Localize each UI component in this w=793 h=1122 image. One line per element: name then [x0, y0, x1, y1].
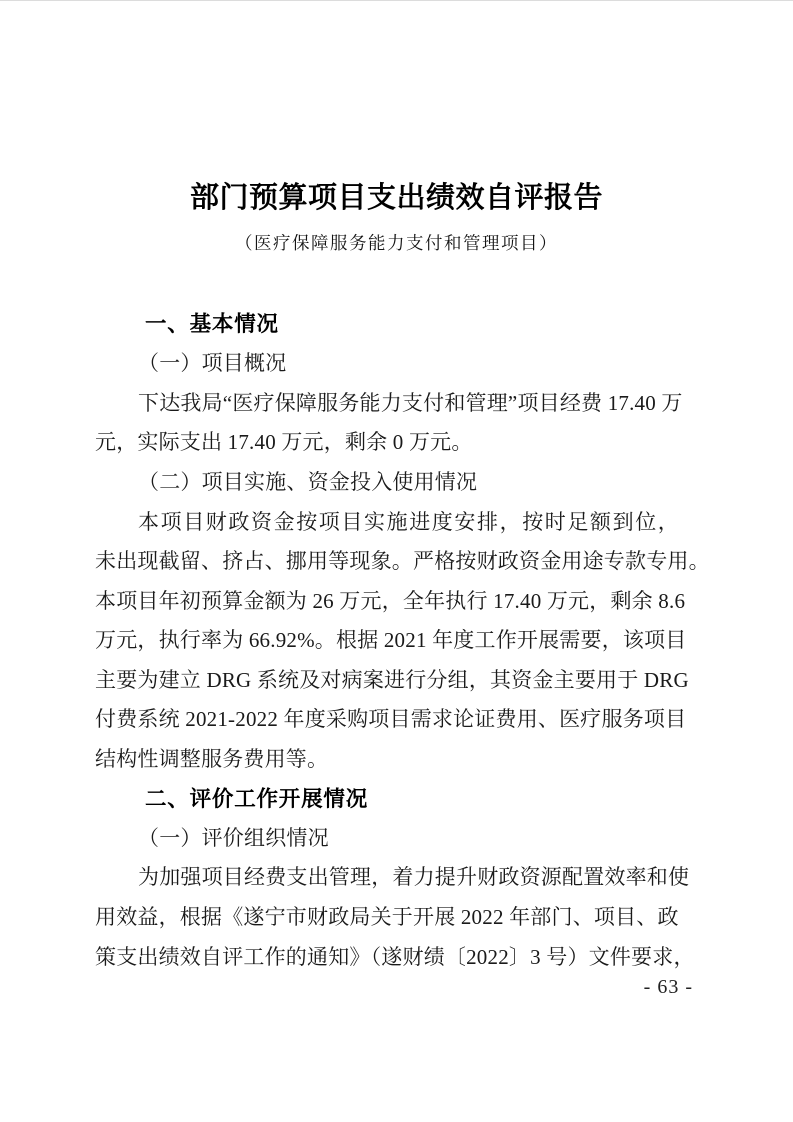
paragraph-line: 主要为建立 DRG 系统及对病案进行分组，其资金主要用于 DRG [95, 659, 701, 699]
scan-top-edge [0, 0, 793, 1]
paragraph-line: 结构性调整服务费用等。 [95, 738, 701, 778]
paragraph-line: 万元，执行率为 66.92%。根据 2021 年度工作开展需要，该项目 [95, 619, 701, 659]
section-heading-basic-info: 一、基本情况 [95, 303, 701, 343]
paragraph-line: 付费系统 2021-2022 年度采购项目需求论证费用、医疗服务项目 [95, 698, 701, 738]
paragraph-line: 未出现截留、挤占、挪用等现象。严格按财政资金用途专款专用。 [95, 540, 701, 580]
paragraph-line: 为加强项目经费支出管理，着力提升财政资源配置效率和使 [95, 857, 701, 897]
document-page: 部门预算项目支出绩效自评报告 （医疗保障服务能力支付和管理项目） 一、基本情况 … [0, 0, 793, 1122]
paragraph-line: 策支出绩效自评工作的通知》（遂财绩〔2022〕3 号）文件要求， [95, 936, 701, 976]
subsection-implementation-funding: （二）项目实施、资金投入使用情况 [95, 461, 701, 501]
paragraph-line: 用效益，根据《遂宁市财政局关于开展 2022 年部门、项目、政 [95, 896, 701, 936]
page-number: - 63 - [644, 976, 693, 999]
subsection-evaluation-organization: （一）评价组织情况 [95, 817, 701, 857]
document-body: 一、基本情况 （一）项目概况 下达我局“医疗保障服务能力支付和管理”项目经费 1… [95, 303, 701, 975]
page-subtitle: （医疗保障服务能力支付和管理项目） [0, 229, 793, 257]
paragraph-line: 本项目财政资金按项目实施进度安排，按时足额到位， [95, 501, 701, 541]
subsection-project-overview: （一）项目概况 [95, 343, 701, 383]
paragraph-line: 元，实际支出 17.40 万元，剩余 0 万元。 [95, 422, 701, 462]
paragraph-line: 本项目年初预算金额为 26 万元，全年执行 17.40 万元，剩余 8.6 [95, 580, 701, 620]
paragraph-line: 下达我局“医疗保障服务能力支付和管理”项目经费 17.40 万 [95, 382, 701, 422]
page-title: 部门预算项目支出绩效自评报告 [0, 179, 793, 217]
section-heading-evaluation-work: 二、评价工作开展情况 [95, 778, 701, 818]
